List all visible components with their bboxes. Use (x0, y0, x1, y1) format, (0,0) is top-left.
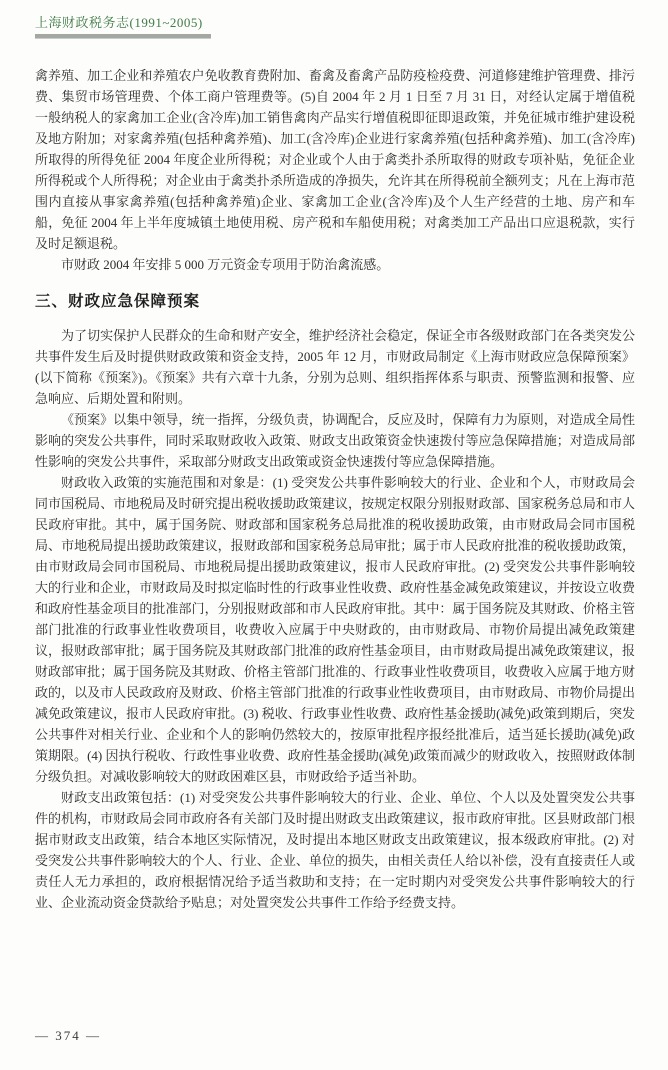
page-body: 禽养殖、加工企业和养殖农户免收教育费附加、畜禽及畜禽产品防疫检疫费、河道修建维护… (35, 65, 635, 913)
paragraph-plan-principles: 《预案》以集中领导，统一指挥，分级负责，协调配合，反应及时，保障有力为原则，对造… (35, 409, 635, 472)
paragraph-expenditure-policy: 财政支出政策包括：(1) 对受突发公共事件影响较大的行业、企业、单位、个人以及处… (35, 787, 635, 913)
document-page: 上海财政税务志(1991~2005) 禽养殖、加工企业和养殖农户免收教育费附加、… (0, 0, 668, 1070)
paragraph-plan-intro: 为了切实保护人民群众的生命和财产安全，维护经济社会稳定，保证全市各级财政部门在各… (35, 325, 635, 409)
paragraph-revenue-policy: 财政收入政策的实施范围和对象是：(1) 受突发公共事件影响较大的行业、企业和个人… (35, 472, 635, 787)
page-number: — 374 — (35, 1028, 101, 1044)
section-heading: 三、财政应急保障预案 (35, 291, 635, 312)
page-header: 上海财政税务志(1991~2005) (35, 10, 635, 39)
paragraph-continuation: 禽养殖、加工企业和养殖农户免收教育费附加、畜禽及畜禽产品防疫检疫费、河道修建维护… (35, 65, 635, 254)
running-header-title: 上海财政税务志(1991~2005) (35, 10, 635, 31)
header-rule (35, 34, 211, 39)
paragraph-avian-flu-fund: 市财政 2004 年安排 5 000 万元资金专项用于防治禽流感。 (35, 254, 635, 275)
